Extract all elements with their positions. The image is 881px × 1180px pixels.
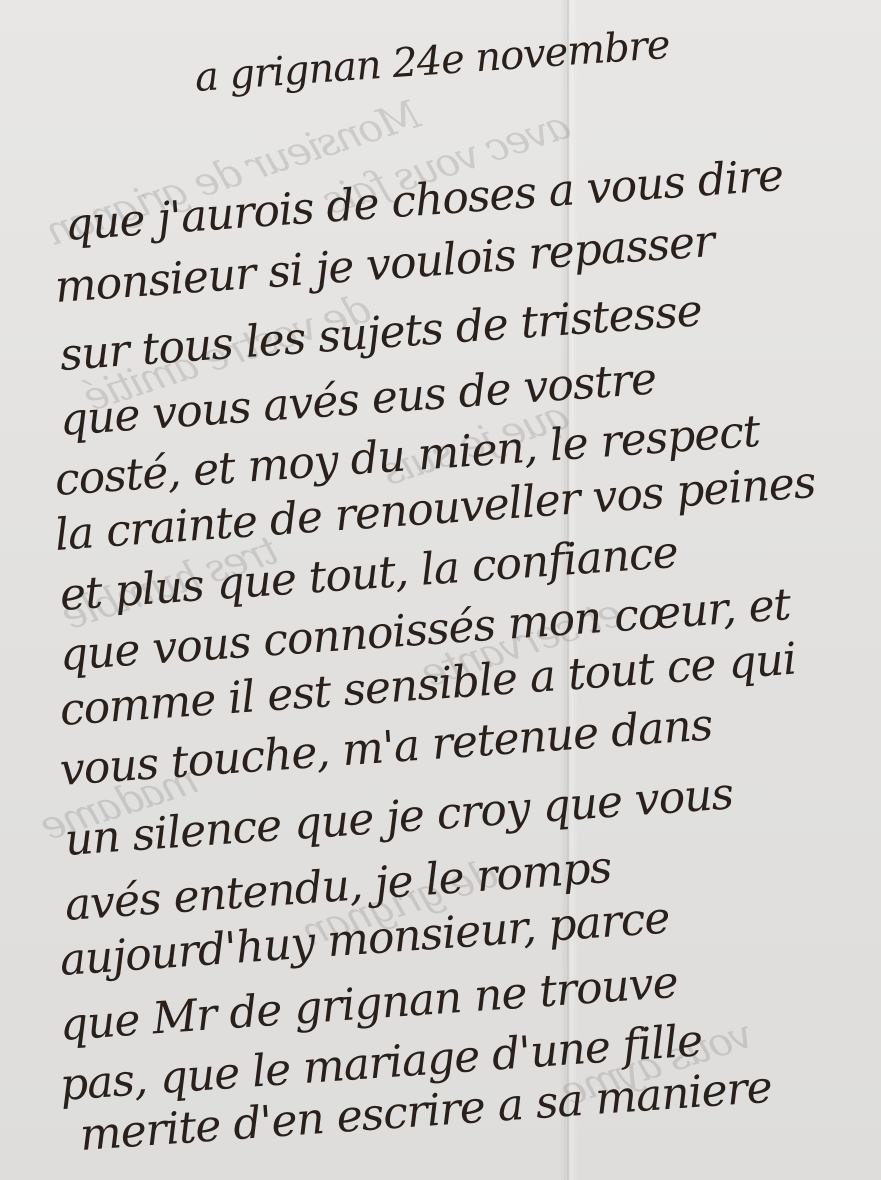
dateline: a grignan 24e novembre — [193, 22, 671, 101]
manuscript-page: Monsieur de grignan avec vous fais de vo… — [0, 0, 881, 1180]
